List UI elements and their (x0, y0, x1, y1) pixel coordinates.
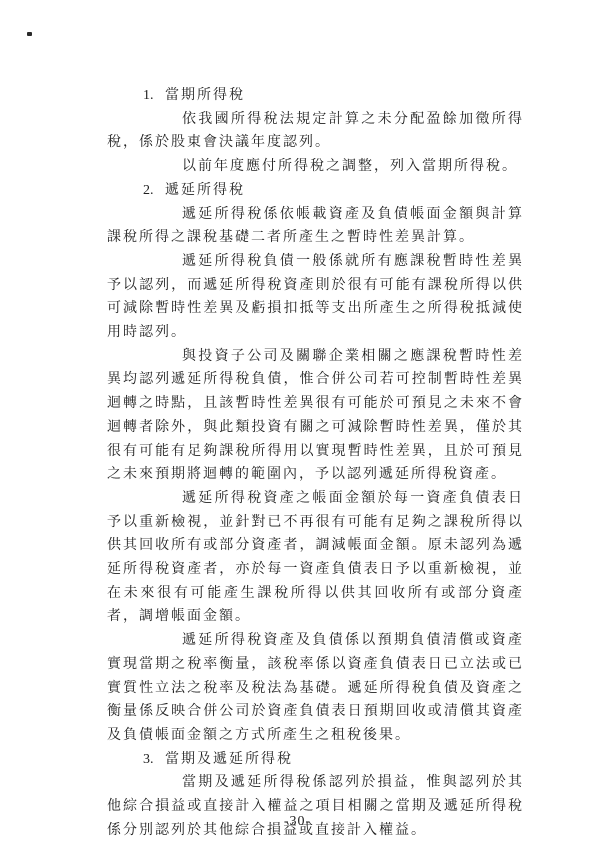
policy-paragraph: 遞延所得稅負債一般係就所有應課稅暫時性差異予以認列，而遞延所得稅資產則於很有可能… (107, 250, 524, 345)
section-number: 1. (143, 84, 165, 108)
section-title: 遞延所得稅 (165, 183, 245, 198)
page-content: 1.當期所得稅 依我國所得稅法規定計算之未分配盈餘加徵所得稅，係於股東會決議年度… (107, 84, 524, 842)
policy-paragraph: 以前年度應付所得稅之調整，列入當期所得稅。 (107, 155, 524, 179)
page-number: -30- (0, 814, 595, 830)
section-heading: 1.當期所得稅 (107, 84, 524, 108)
policy-paragraph: 當期及遞延所得稅係認列於損益，惟與認列於其他綜合損益或直接計入權益之項目相關之當… (107, 771, 524, 842)
section-deferred-income-tax: 2.遞延所得稅 遞延所得稅係依帳載資產及負債帳面金額與計算課稅所得之課稅基礎二者… (107, 179, 524, 748)
section-title: 當期及遞延所得稅 (165, 752, 293, 767)
policy-paragraph: 遞延所得稅係依帳載資產及負債帳面金額與計算課稅所得之課稅基礎二者所產生之暫時性差… (107, 203, 524, 250)
policy-paragraph: 遞延所得稅資產及負債係以預期負債清償或資產實現當期之稅率衡量，該稅率係以資產負債… (107, 629, 524, 748)
section-heading: 2.遞延所得稅 (107, 179, 524, 203)
document-page: 1.當期所得稅 依我國所得稅法規定計算之未分配盈餘加徵所得稅，係於股東會決議年度… (0, 0, 595, 842)
policy-paragraph: 與投資子公司及關聯企業相關之應課稅暫時性差異均認列遞延所得稅負債，惟合併公司若可… (107, 345, 524, 487)
section-number: 3. (143, 748, 165, 772)
section-heading: 3.當期及遞延所得稅 (107, 748, 524, 772)
policy-paragraph: 依我國所得稅法規定計算之未分配盈餘加徵所得稅，係於股東會決議年度認列。 (107, 108, 524, 155)
section-title: 當期所得稅 (165, 88, 245, 103)
section-current-income-tax: 1.當期所得稅 依我國所得稅法規定計算之未分配盈餘加徵所得稅，係於股東會決議年度… (107, 84, 524, 179)
section-number: 2. (143, 179, 165, 203)
scan-artifact-dot (27, 32, 32, 36)
policy-paragraph: 遞延所得稅資產之帳面金額於每一資產負債表日予以重新檢視，並針對已不再很有可能有足… (107, 487, 524, 629)
